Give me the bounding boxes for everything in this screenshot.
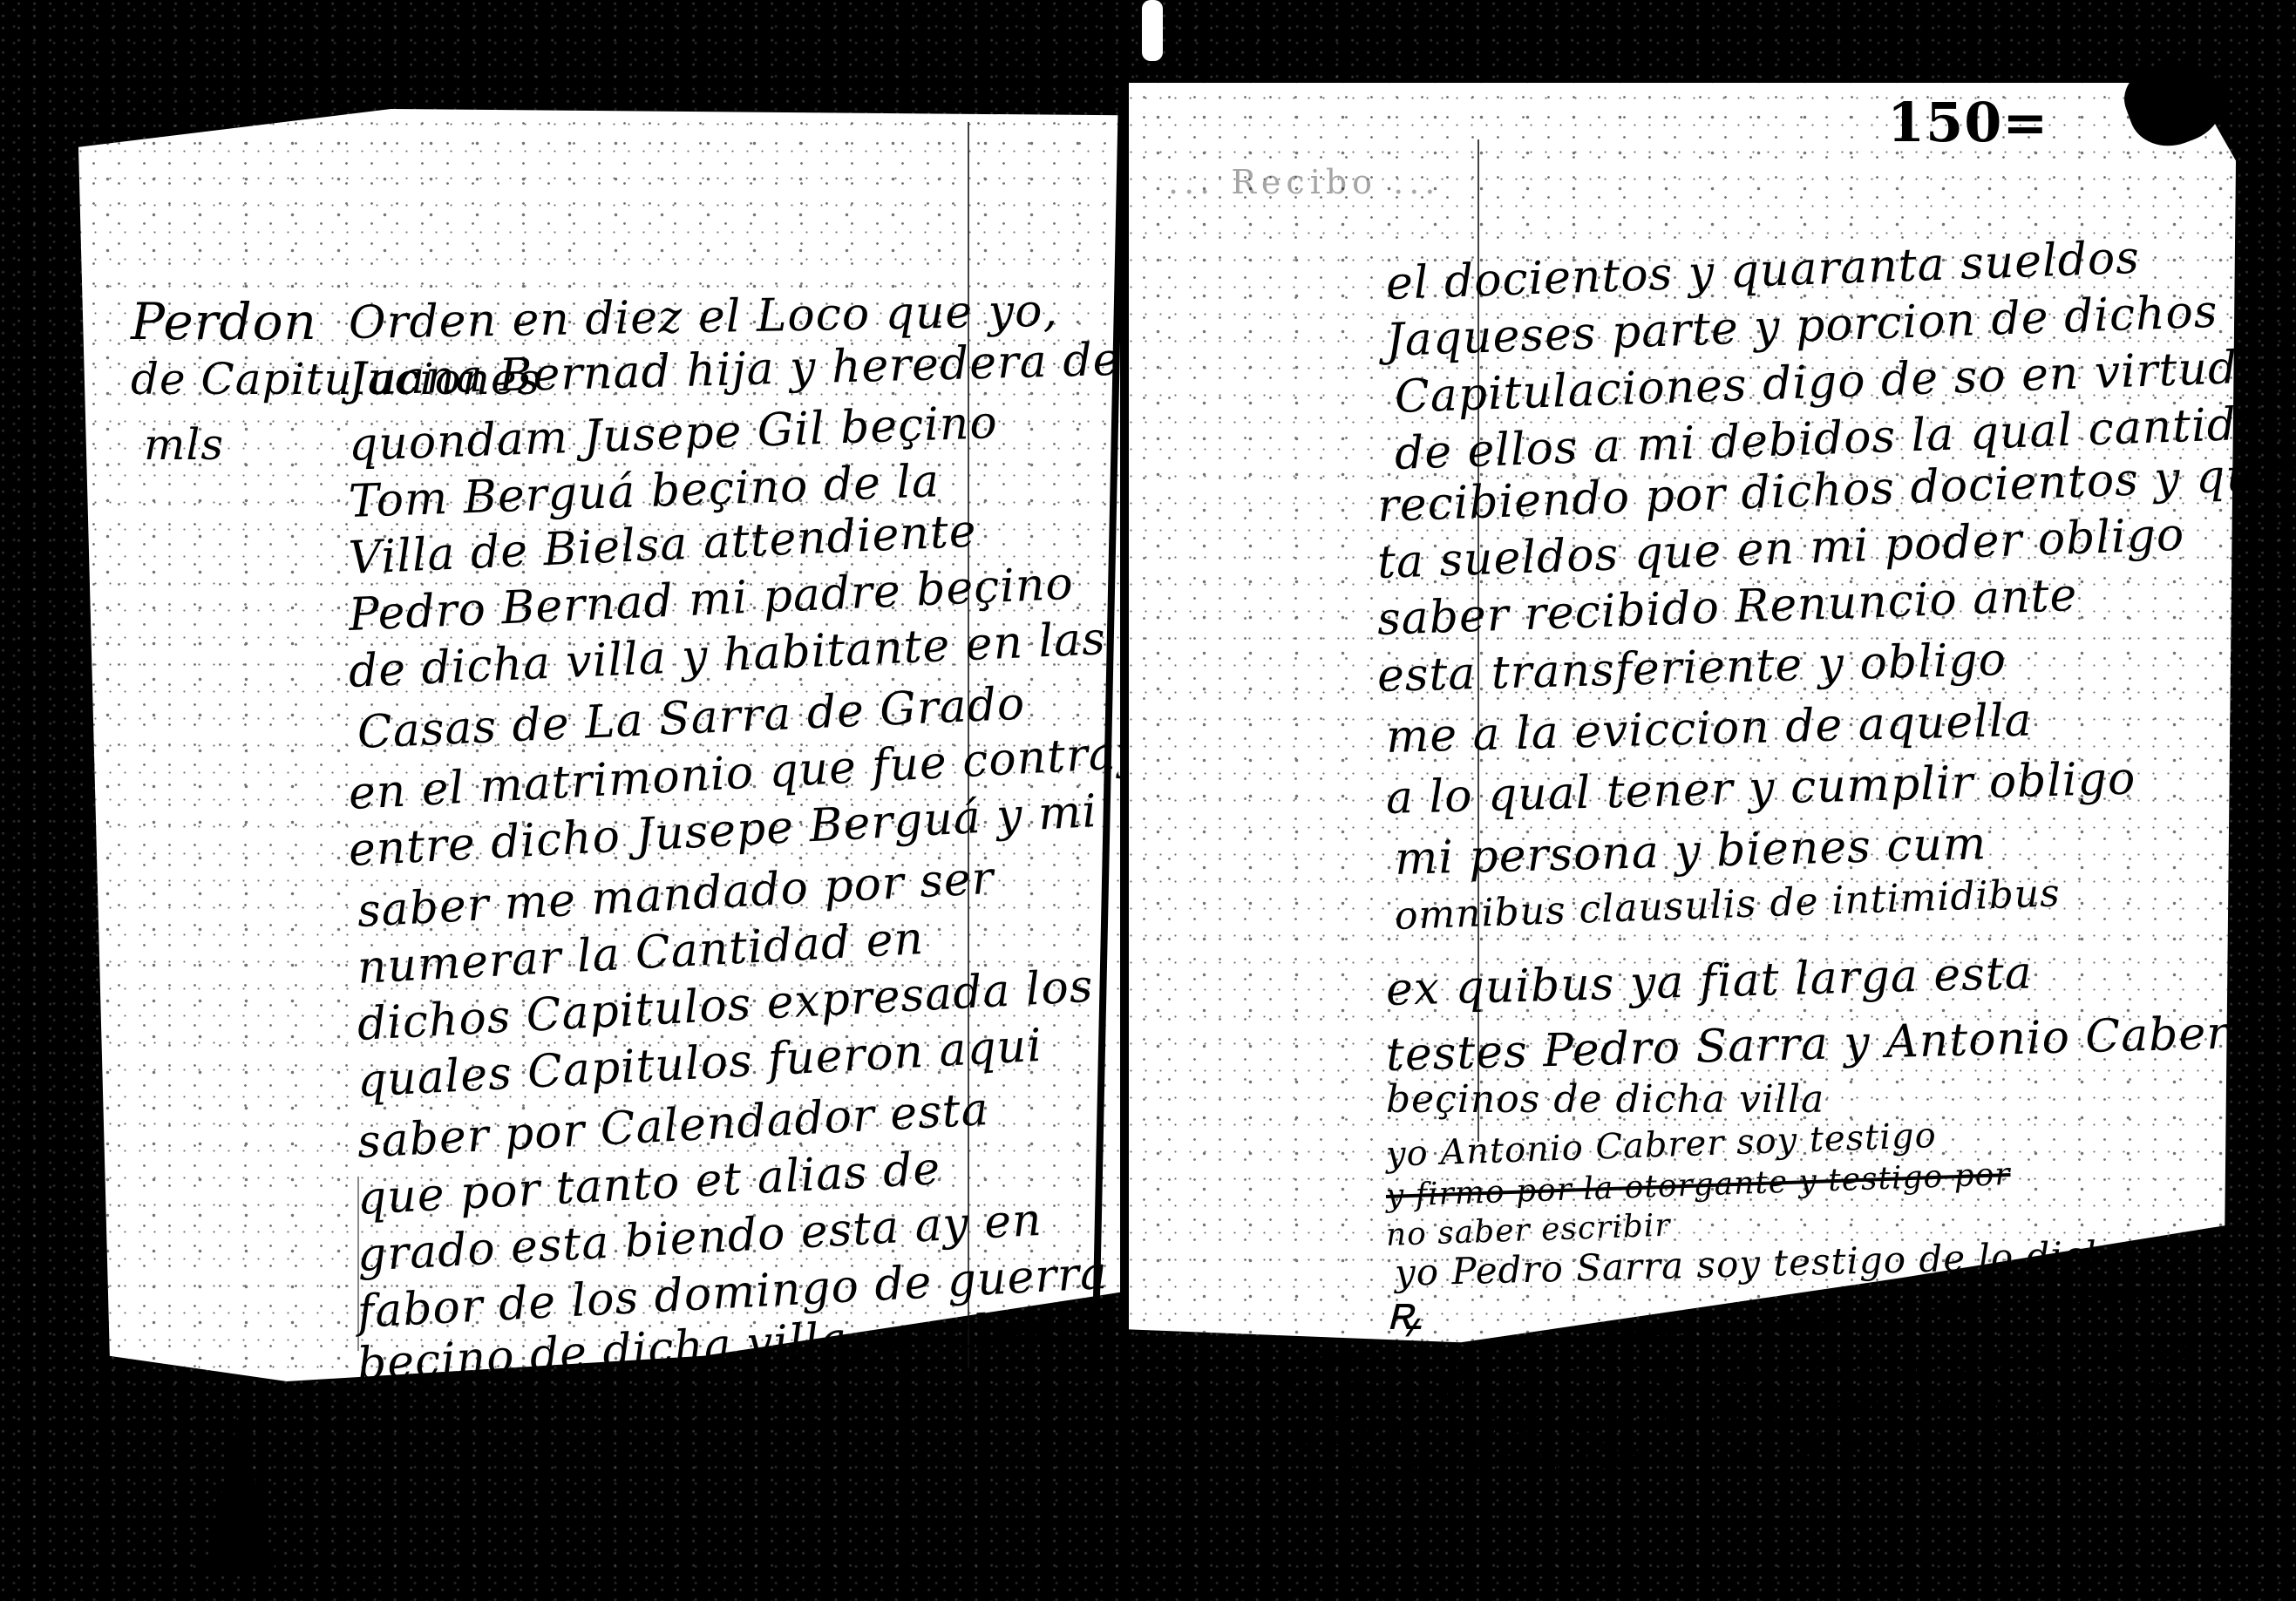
margin-note-line-3: mls — [144, 423, 224, 466]
margin-note-line-1: Perdon — [131, 296, 317, 347]
signature-rubric: ꝶ — [1386, 1290, 1423, 1337]
page-clip-shadow — [205, 1412, 275, 1569]
binding-string — [1142, 0, 1163, 61]
faint-header-line-1: ... Recibo ... — [1168, 166, 1440, 199]
right-line-15: beçinos de dicha villa — [1386, 1081, 1824, 1119]
manuscript-spread: Perdon de Capitulaciones mls Orden en di… — [0, 0, 2296, 1601]
folio-number: 150= — [1887, 96, 2048, 150]
